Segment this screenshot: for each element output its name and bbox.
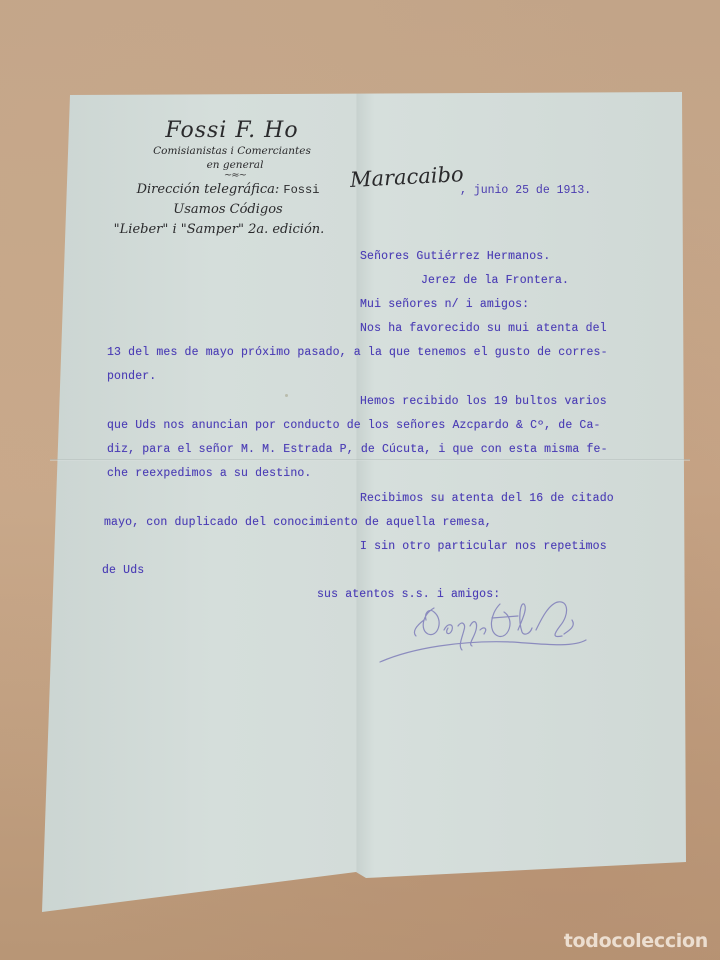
body-line: ponder. <box>107 370 156 383</box>
salutation: Mui señores n/ i amigos: <box>360 298 529 311</box>
codes-label: Usamos Códigos <box>108 200 348 220</box>
body-line: mayo, con duplicado del conocimiento de … <box>104 516 492 529</box>
telegraph-label: Dirección telegráfica: <box>137 182 280 197</box>
watermark-logo: todocoleccion <box>564 930 708 952</box>
firm-description: Comisianistas i Comerciantes <box>116 144 348 158</box>
addressee-name: Señores Gutiérrez Hermanos. <box>360 250 550 263</box>
body-line: I sin otro particular nos repetimos <box>360 540 607 553</box>
body-line: 13 del mes de mayo próximo pasado, a la … <box>107 346 608 359</box>
body-line: diz, para el señor M. M. Estrada P, de C… <box>107 443 608 456</box>
firm-name: Fossi F. Ho <box>116 118 348 144</box>
horizontal-fold-line <box>50 459 690 461</box>
telegraph-name: Fossi <box>283 183 319 197</box>
letterhead: Fossi F. Ho Comisianistas i Comerciantes… <box>108 118 348 240</box>
body-line: de Uds <box>102 564 144 577</box>
flourish-ornament-icon: ~≈~ <box>122 172 348 180</box>
telegraph-address: Dirección telegráfica: Fossi <box>108 180 348 200</box>
body-line: che reexpedimos a su destino. <box>107 467 311 480</box>
body-line: Hemos recibido los 19 bultos varios <box>360 395 607 408</box>
codes-value: "Lieber" i "Samper" 2a. edición. <box>90 220 348 240</box>
addressee-city: Jerez de la Frontera. <box>421 274 569 287</box>
signature-icon <box>372 590 592 670</box>
paper-speck <box>285 394 288 397</box>
body-line: Nos ha favorecido su mui atenta del <box>360 322 607 335</box>
body-line: Recibimos su atenta del 16 de citado <box>360 492 614 505</box>
body-line: que Uds nos anuncian por conducto de los… <box>107 419 601 432</box>
letter-date: , junio 25 de 1913. <box>460 184 591 197</box>
